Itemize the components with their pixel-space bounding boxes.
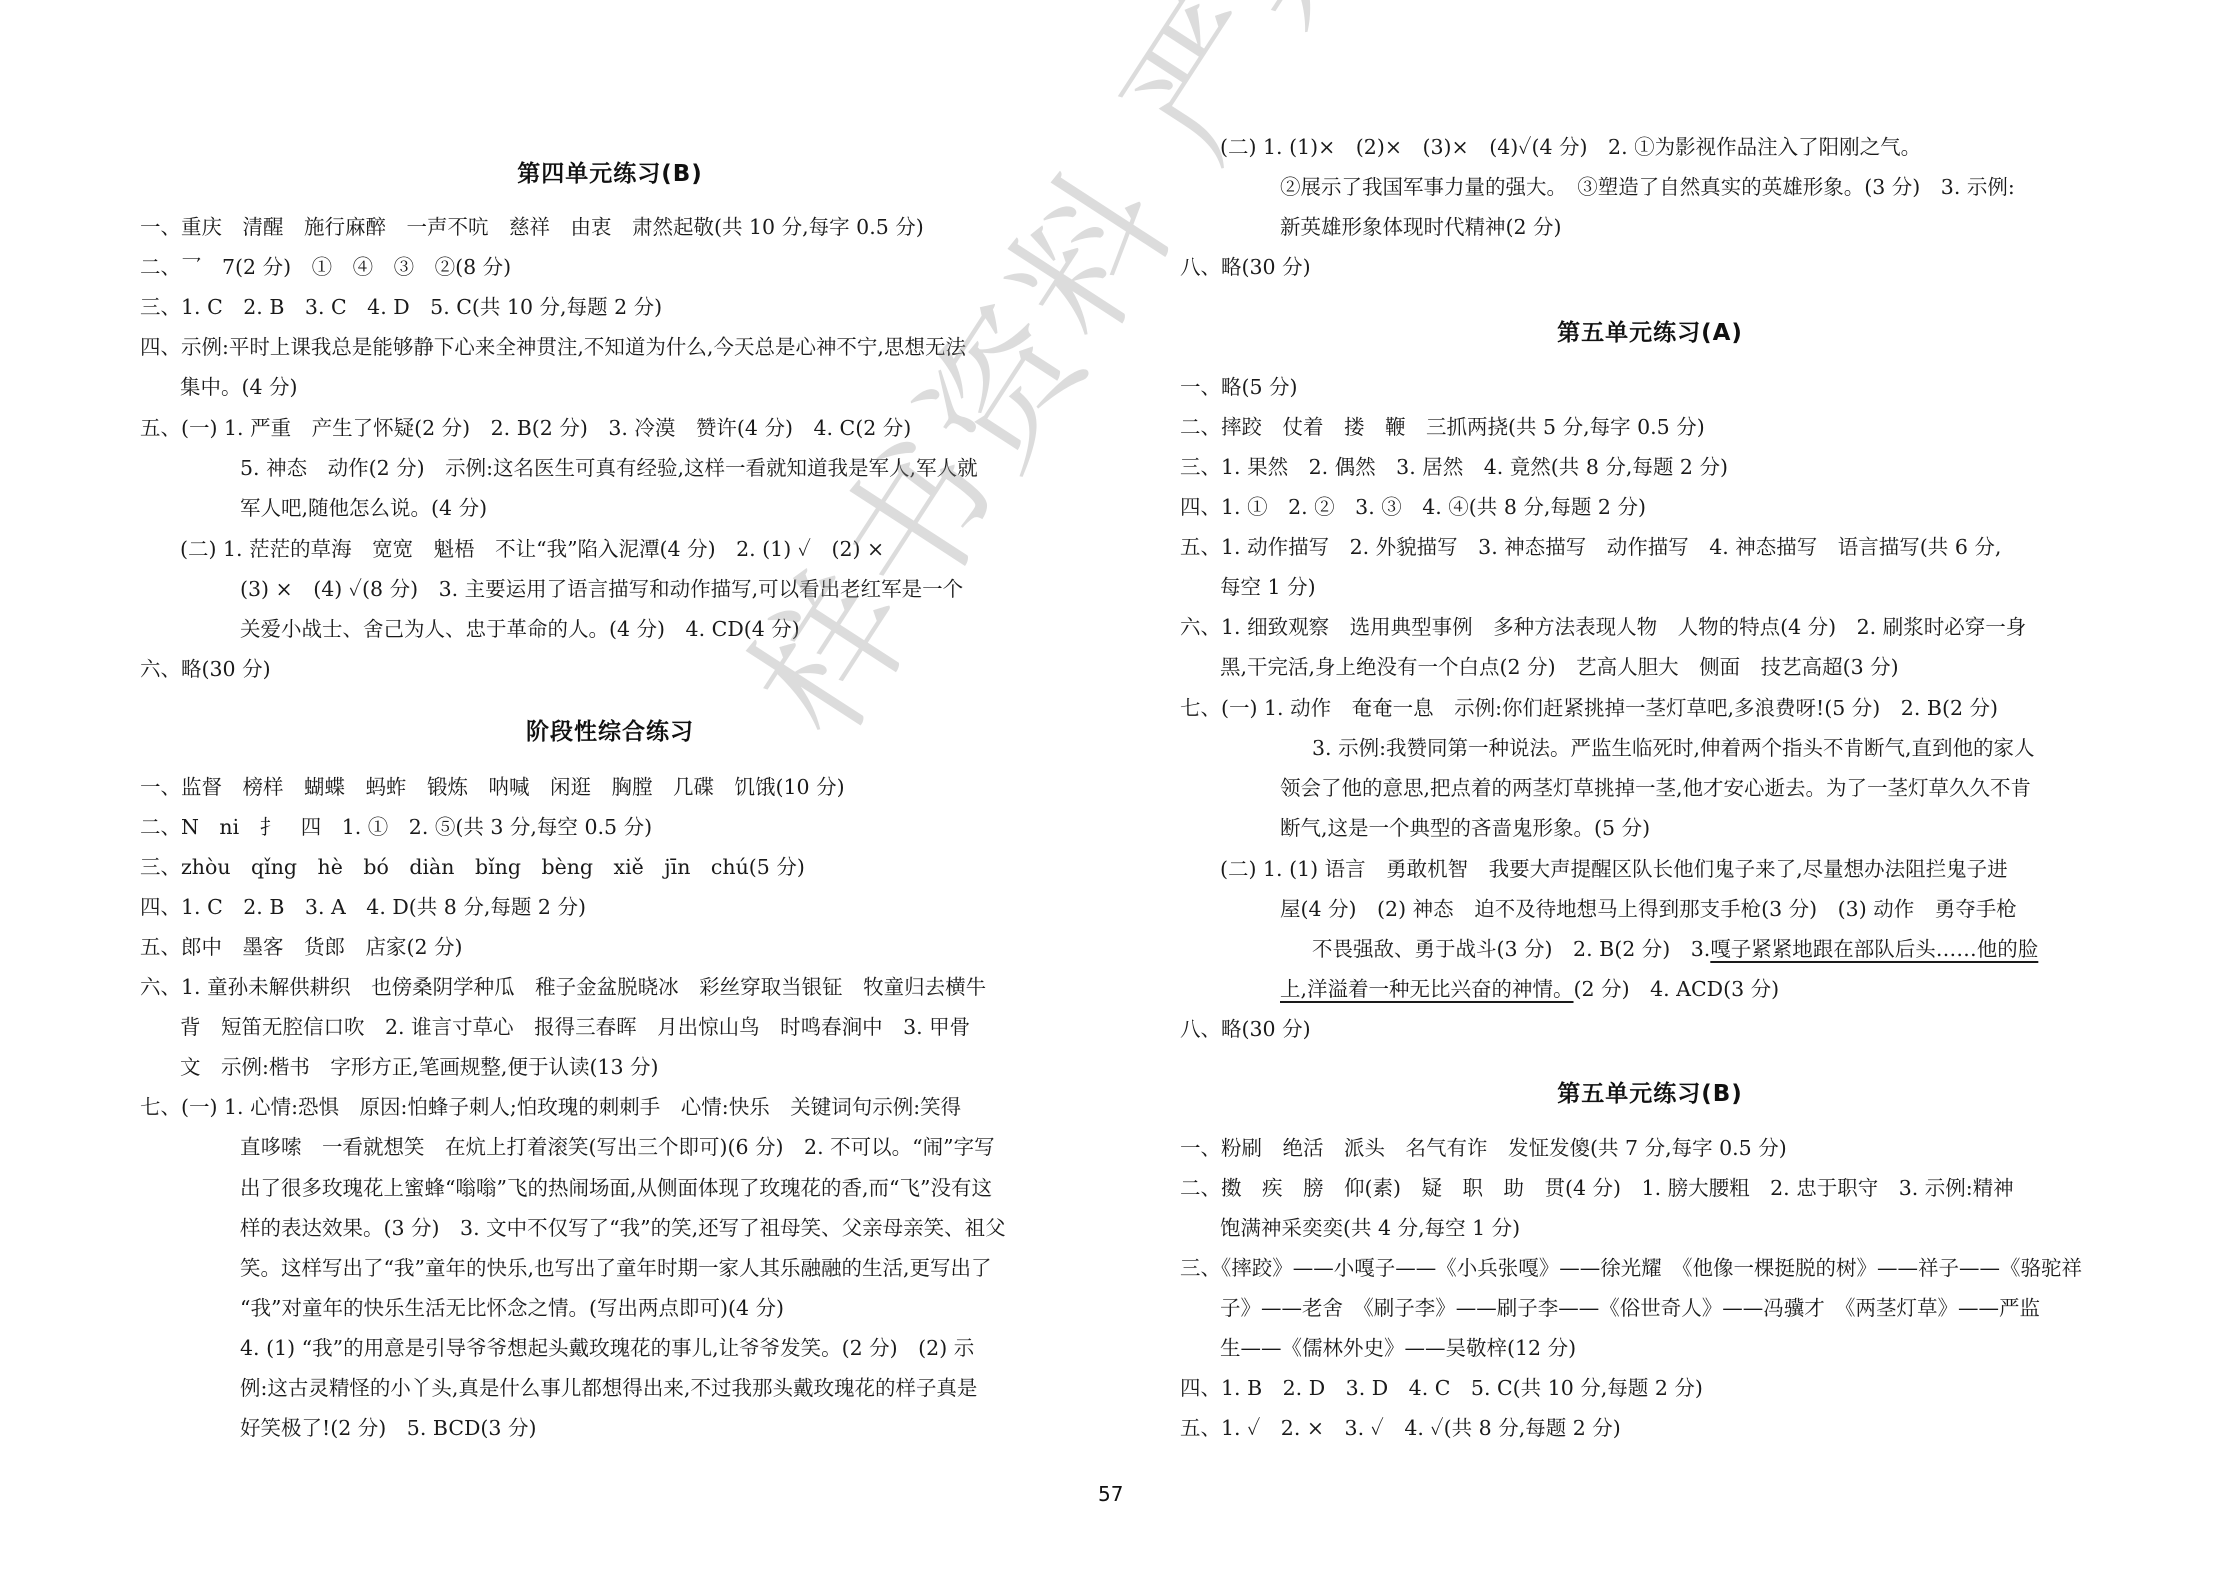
answer-line: 三、1. 果然 2. 偶然 3. 居然 4. 竟然(共 8 分,每题 2 分) bbox=[1180, 453, 1728, 481]
underlined-quote: 上,洋溢着一种无比兴奋的神情。 bbox=[1280, 977, 1574, 1001]
answer-line: 四、1. B 2. D 3. D 4. C 5. C(共 10 分,每题 2 分… bbox=[1180, 1374, 1703, 1402]
answer-line: 二、擞 疾 膀 仰(素) 疑 职 助 贯(4 分) 1. 膀大腰粗 2. 忠于职… bbox=[1180, 1174, 2014, 1202]
answer-line: 集中。(4 分) bbox=[180, 373, 298, 401]
answer-line: (3) × (4) ✓(8 分) 3. 主要运用了语言描写和动作描写,可以看出老… bbox=[240, 575, 963, 603]
answer-line: 5. 神态 动作(2 分) 示例:这名医生可真有经验,这样一看就知道我是军人,军… bbox=[240, 454, 978, 482]
answer-text: 不畏强敌、勇于战斗(3 分) 2. B(2 分) 3. bbox=[1312, 937, 1710, 961]
answer-line: 一、略(5 分) bbox=[1180, 373, 1298, 401]
underlined-quote: 嘎子紧紧地跟在部队后头……他的脸 bbox=[1710, 937, 2038, 961]
answer-line: 六、1. 童孙未解供耕织 也傍桑阴学种瓜 稚子金盆脱晓冰 彩丝穿取当银钲 牧童归… bbox=[140, 973, 986, 1001]
answer-line: 黑,干完活,身上绝没有一个白点(2 分) 艺高人胆大 侧面 技艺高超(3 分) bbox=[1220, 653, 1899, 681]
answer-line: 直哆嗦 一看就想笑 在炕上打着滚笑(写出三个即可)(6 分) 2. 不可以。“闹… bbox=[240, 1133, 995, 1161]
answer-line: 五、郎中 墨客 货郎 店家(2 分) bbox=[140, 933, 463, 961]
answer-line: 饱满神采奕奕(共 4 分,每空 1 分) bbox=[1220, 1214, 1520, 1242]
answer-line: (二) 1. 茫茫的草海 宽宽 魁梧 不让“我”陷入泥潭(4 分) 2. (1)… bbox=[180, 535, 884, 563]
answer-line: 每空 1 分) bbox=[1220, 573, 1316, 601]
answer-line: 子》——老舍 《刷子李》——刷子李——《俗世奇人》——冯骥才 《两茎灯草》——严… bbox=[1220, 1294, 2040, 1322]
answer-line: 断气,这是一个典型的吝啬鬼形象。(5 分) bbox=[1280, 814, 1650, 842]
answer-line: 三、《摔跤》——小嘎子——《小兵张嘎》——徐光耀 《他像一棵挺脱的树》——祥子—… bbox=[1180, 1254, 2082, 1282]
answer-line: 一、重庆 清醒 施行麻醉 一声不吭 慈祥 由衷 肃然起敬(共 10 分,每字 0… bbox=[140, 213, 924, 241]
answer-line: “我”对童年的快乐生活无比怀念之情。(写出两点即可)(4 分) bbox=[240, 1294, 784, 1322]
answer-line: 生——《儒林外史》——吴敬梓(12 分) bbox=[1220, 1334, 1576, 1362]
answer-line: 四、1. C 2. B 3. A 4. D(共 8 分,每题 2 分) bbox=[140, 893, 586, 921]
answer-line: 四、1. ① 2. ② 3. ③ 4. ④(共 8 分,每题 2 分) bbox=[1180, 493, 1646, 521]
answer-line: 不畏强敌、勇于战斗(3 分) 2. B(2 分) 3.嘎子紧紧地跟在部队后头……… bbox=[1312, 935, 2038, 963]
answer-line: 笑。这样写出了“我”童年的快乐,也写出了童年时期一家人其乐融融的生活,更写出了 bbox=[240, 1254, 992, 1282]
answer-line: 领会了他的意思,把点着的两茎灯草挑掉一茎,他才安心逝去。为了一茎灯草久久不肯 bbox=[1280, 774, 2031, 802]
answer-line: 一、粉刷 绝活 派头 名气有诈 发怔发傻(共 7 分,每字 0.5 分) bbox=[1180, 1134, 1787, 1162]
answer-line: (二) 1. (1) 语言 勇敢机智 我要大声提醒区队长他们鬼子来了,尽量想办法… bbox=[1220, 855, 2008, 883]
answer-line: 3. 示例:我赞同第一种说法。严监生临死时,伸着两个指头不肯断气,直到他的家人 bbox=[1312, 734, 2035, 762]
answer-line: 三、1. C 2. B 3. C 4. D 5. C(共 10 分,每题 2 分… bbox=[140, 293, 662, 321]
section-title-unit5a: 第五单元练习(A) bbox=[1180, 314, 2120, 347]
answer-line: 二、乛 7(2 分) ① ④ ③ ②(8 分) bbox=[140, 253, 511, 281]
answer-line: 五、(一) 1. 严重 产生了怀疑(2 分) 2. B(2 分) 3. 冷漠 赞… bbox=[140, 414, 911, 442]
answer-line: 四、示例:平时上课我总是能够静下心来全神贯注,不知道为什么,今天总是心神不宁,思… bbox=[140, 333, 966, 361]
answer-line: 背 短笛无腔信口吹 2. 谁言寸草心 报得三春晖 月出惊山鸟 时鸣春涧中 3. … bbox=[180, 1013, 970, 1041]
answer-text: (2 分) 4. ACD(3 分) bbox=[1574, 977, 1780, 1001]
answer-line: 二、摔跤 仗着 搂 鞭 三抓两挠(共 5 分,每字 0.5 分) bbox=[1180, 413, 1705, 441]
answer-line: 八、略(30 分) bbox=[1180, 1015, 1311, 1043]
answer-line: 五、1. 动作描写 2. 外貌描写 3. 神态描写 动作描写 4. 神态描写 语… bbox=[1180, 533, 2001, 561]
answer-line: 4. (1) “我”的用意是引导爷爷想起头戴玫瑰花的事儿,让爷爷发笑。(2 分)… bbox=[240, 1334, 974, 1362]
answer-line: 八、略(30 分) bbox=[1180, 253, 1311, 281]
page-number: 57 bbox=[1098, 1482, 1123, 1506]
answer-line: 出了很多玫瑰花上蜜蜂“嗡嗡”飞的热闹场面,从侧面体现了玫瑰花的香,而“飞”没有这 bbox=[240, 1174, 992, 1202]
section-title-stage: 阶段性综合练习 bbox=[140, 713, 1080, 746]
answer-line: 七、(一) 1. 动作 奄奄一息 示例:你们赶紧挑掉一茎灯草吧,多浪费呀!(5 … bbox=[1180, 694, 1998, 722]
answer-line: 文 示例:楷书 字形方正,笔画规整,便于认读(13 分) bbox=[180, 1053, 659, 1081]
answer-line: 七、(一) 1. 心情:恐惧 原因:怕蜂子刺人;怕玫瑰的刺刺手 心情:快乐 关键… bbox=[140, 1093, 961, 1121]
answer-line: 好笑极了!(2 分) 5. BCD(3 分) bbox=[240, 1414, 537, 1442]
answer-line: 关爱小战士、舍己为人、忠于革命的人。(4 分) 4. CD(4 分) bbox=[240, 615, 800, 643]
answer-line: 六、1. 细致观察 选用典型事例 多种方法表现人物 人物的特点(4 分) 2. … bbox=[1180, 613, 2026, 641]
section-title-unit4b: 第四单元练习(B) bbox=[140, 155, 1080, 188]
answer-line: 二、N ni 扌 四 1. ① 2. ⑤(共 3 分,每空 0.5 分) bbox=[140, 813, 652, 841]
answer-line: 五、1. ✓ 2. × 3. ✓ 4. ✓(共 8 分,每题 2 分) bbox=[1180, 1414, 1621, 1442]
section-title-unit5b: 第五单元练习(B) bbox=[1180, 1075, 2120, 1108]
answer-line: 军人吧,随他怎么说。(4 分) bbox=[240, 494, 487, 522]
answer-line: 上,洋溢着一种无比兴奋的神情。(2 分) 4. ACD(3 分) bbox=[1280, 975, 1779, 1003]
answer-line: 三、zhòu qǐng hè bó diàn bǐng bèng xiě jīn… bbox=[140, 853, 805, 881]
answer-line: 新英雄形象体现时代精神(2 分) bbox=[1280, 213, 1562, 241]
answer-line: 六、略(30 分) bbox=[140, 655, 271, 683]
answer-line: 样的表达效果。(3 分) 3. 文中不仅写了“我”的笑,还写了祖母笑、父亲母亲笑… bbox=[240, 1214, 1006, 1242]
answer-line: 屋(4 分) (2) 神态 迫不及待地想马上得到那支手枪(3 分) (3) 动作… bbox=[1280, 895, 2017, 923]
answer-line: (二) 1. (1)× (2)× (3)× (4)✓(4 分) 2. ①为影视作… bbox=[1220, 133, 1921, 161]
answer-line: 例:这古灵精怪的小丫头,真是什么事儿都想得出来,不过我那头戴玫瑰花的样子真是 bbox=[240, 1374, 977, 1402]
answer-line: 一、监督 榜样 蝴蝶 蚂蚱 锻炼 呐喊 闲逛 胸膛 几碟 饥饿(10 分) bbox=[140, 773, 845, 801]
answer-line: ②展示了我国军事力量的强大。 ③塑造了自然真实的英雄形象。(3 分) 3. 示例… bbox=[1280, 173, 2015, 201]
